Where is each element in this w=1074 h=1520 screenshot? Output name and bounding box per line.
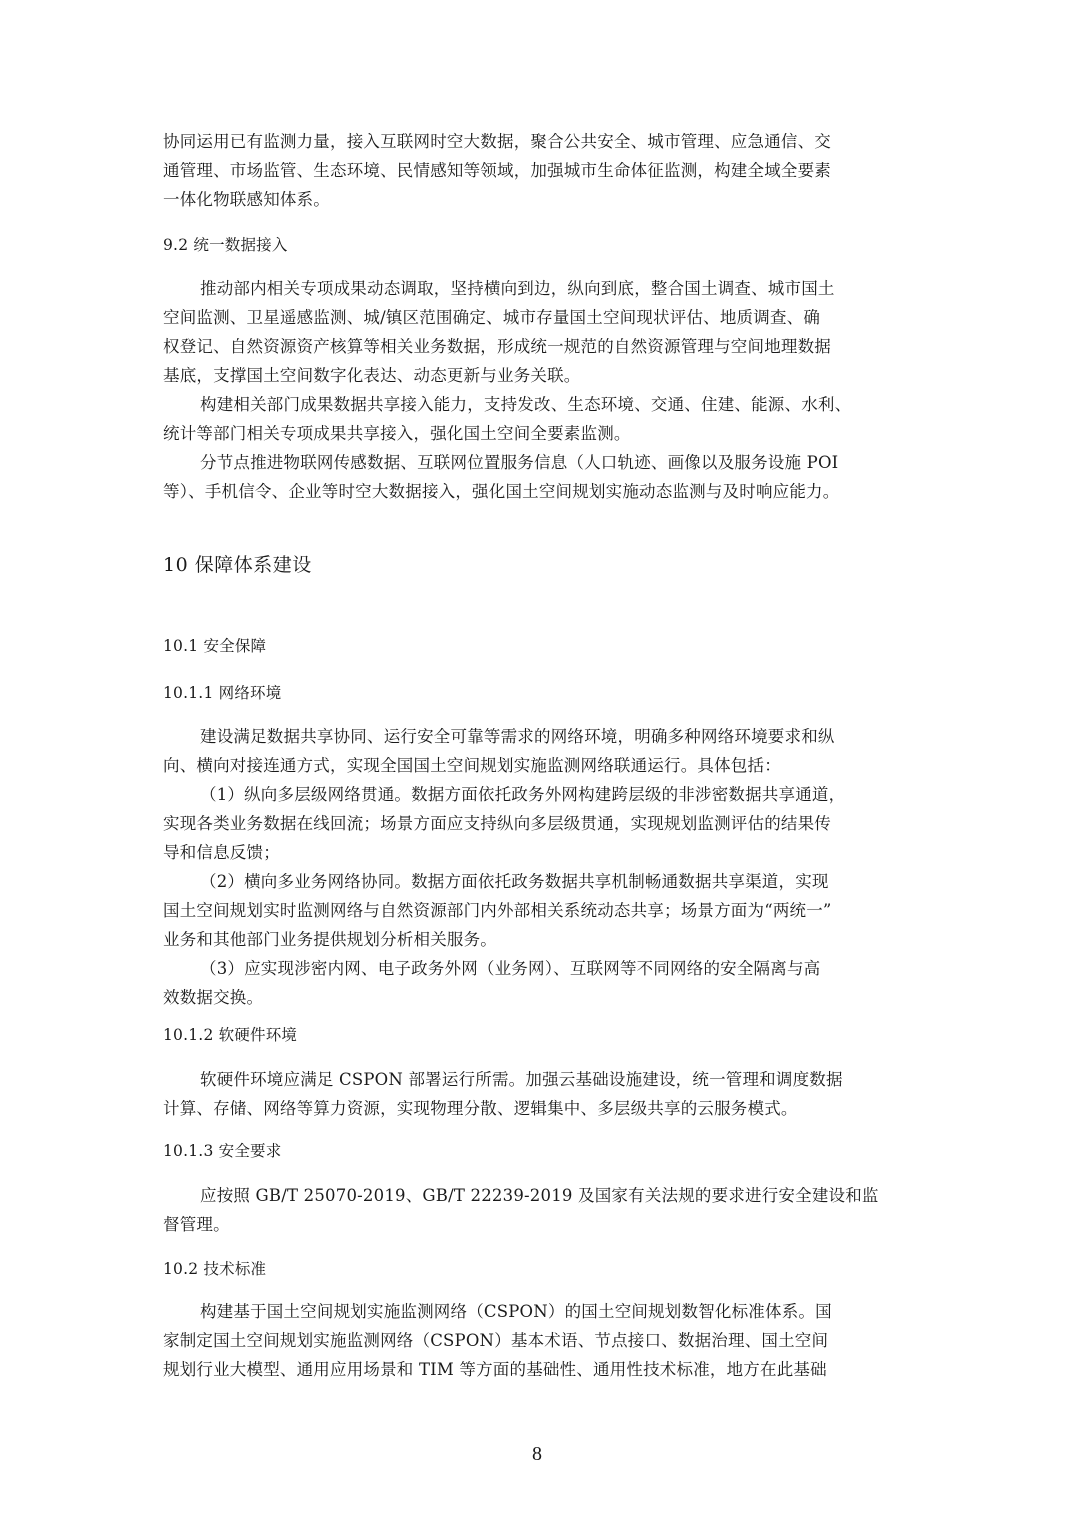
- section-heading-10-2: 10.2 技术标准: [163, 1255, 915, 1283]
- paragraph-line: 计算、存储、网络等算力资源，实现物理分散、逻辑集中、多层级共享的云服务模式。: [163, 1095, 915, 1123]
- subsection-heading-10-1-3: 10.1.3 安全要求: [163, 1137, 915, 1165]
- list-item-line: 导和信息反馈；: [163, 839, 915, 867]
- paragraph-line: 权登记、自然资源资产核算等相关业务数据，形成统一规范的自然资源管理与空间地理数据: [163, 333, 915, 361]
- paragraph-line: 一体化物联感知体系。: [163, 186, 915, 214]
- paragraph-line: 分节点推进物联网传感数据、互联网位置服务信息（人口轨迹、画像以及服务设施 POI: [200, 449, 915, 477]
- paragraph-line: 基底，支撑国土空间数字化表达、动态更新与业务关联。: [163, 362, 915, 390]
- list-item-line: （2）横向多业务网络协同。数据方面依托政务数据共享机制畅通数据共享渠道，实现: [200, 868, 915, 896]
- list-item-line: （1）纵向多层级网络贯通。数据方面依托政务外网构建跨层级的非涉密数据共享通道，: [200, 781, 915, 809]
- paragraph-line: 软硬件环境应满足 CSPON 部署运行所需。加强云基础设施建设，统一管理和调度数…: [200, 1066, 915, 1094]
- paragraph-line: 通管理、市场监管、生态环境、民情感知等领域，加强城市生命体征监测，构建全域全要素: [163, 157, 915, 185]
- paragraph-line: 向、横向对接连通方式，实现全国国土空间规划实施监测网络联通运行。具体包括：: [163, 752, 915, 780]
- paragraph-line: 建设满足数据共享协同、运行安全可靠等需求的网络环境，明确多种网络环境要求和纵: [200, 723, 915, 751]
- paragraph-line: 推动部内相关专项成果动态调取，坚持横向到边，纵向到底，整合国土调查、城市国土: [200, 275, 915, 303]
- paragraph-line: 空间监测、卫星遥感监测、城/镇区范围确定、城市存量国土空间现状评估、地质调查、确: [163, 304, 915, 332]
- subsection-heading-10-1-2: 10.1.2 软硬件环境: [163, 1021, 915, 1049]
- section-heading-9-2: 9.2 统一数据接入: [163, 231, 915, 259]
- paragraph-line: 督管理。: [163, 1211, 915, 1239]
- paragraph-line: 等）、手机信令、企业等时空大数据接入，强化国土空间规划实施动态监测与及时响应能力…: [163, 478, 915, 506]
- paragraph-line: 构建基于国土空间规划实施监测网络（CSPON）的国土空间规划数智化标准体系。国: [200, 1298, 915, 1326]
- paragraph-line: 协同运用已有监测力量，接入互联网时空大数据，聚合公共安全、城市管理、应急通信、交: [163, 128, 915, 156]
- list-item-line: 国土空间规划实时监测网络与自然资源部门内外部相关系统动态共享；场景方面为“两统一…: [163, 897, 915, 925]
- paragraph-line: 家制定国土空间规划实施监测网络（CSPON）基本术语、节点接口、数据治理、国土空…: [163, 1327, 915, 1355]
- section-heading-10-1: 10.1 安全保障: [163, 632, 915, 660]
- paragraph-line: 统计等部门相关专项成果共享接入，强化国土空间全要素监测。: [163, 420, 915, 448]
- list-item-line: 业务和其他部门业务提供规划分析相关服务。: [163, 926, 915, 954]
- list-item-line: 实现各类业务数据在线回流；场景方面应支持纵向多层级贯通，实现规划监测评估的结果传: [163, 810, 915, 838]
- document-page: 协同运用已有监测力量，接入互联网时空大数据，聚合公共安全、城市管理、应急通信、交…: [0, 0, 1074, 1520]
- paragraph-line: 应按照 GB/T 25070-2019、GB/T 22239-2019 及国家有…: [200, 1182, 915, 1210]
- list-item-line: 效数据交换。: [163, 984, 915, 1012]
- subsection-heading-10-1-1: 10.1.1 网络环境: [163, 679, 915, 707]
- list-item-line: （3）应实现涉密内网、电子政务外网（业务网）、互联网等不同网络的安全隔离与高: [200, 955, 915, 983]
- paragraph-line: 构建相关部门成果数据共享接入能力，支持发改、生态环境、交通、住建、能源、水利、: [200, 391, 915, 419]
- chapter-heading-10: 10 保障体系建设: [163, 551, 915, 579]
- page-number: 8: [0, 1443, 1074, 1466]
- paragraph-line: 规划行业大模型、通用应用场景和 TIM 等方面的基础性、通用性技术标准，地方在此…: [163, 1356, 915, 1384]
